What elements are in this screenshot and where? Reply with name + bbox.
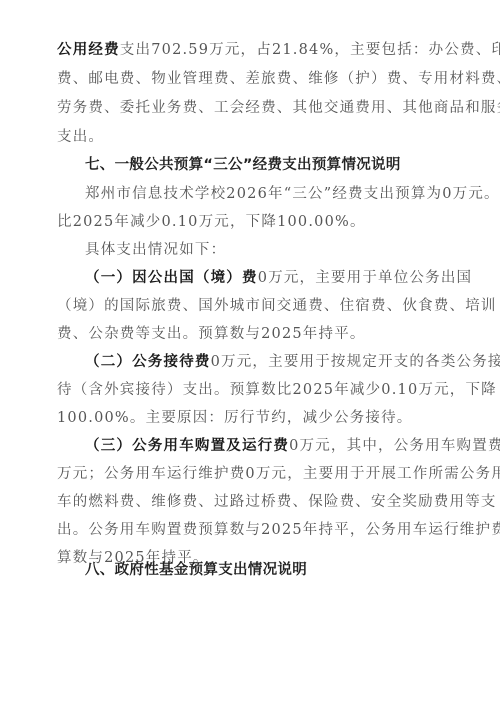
- paragraph-line: （一）因公出国（境）费0万元，主要用于单位公务出国: [85, 268, 449, 288]
- paragraph-line: 费、邮电费、物业管理费、差旅费、维修（护）费、专用材料费、: [57, 69, 449, 89]
- bold-term: （一）因公出国（境）费: [85, 269, 258, 286]
- paragraph-line: 劳务费、委托业务费、工会经费、其他交通费用、其他商品和服务: [57, 98, 449, 118]
- paragraph-line: 出。公务用车购置费预算数与2025年持平，公务用车运行维护费预: [57, 520, 449, 540]
- paragraph-line: 支出。: [57, 127, 449, 147]
- bold-term: 公用经费: [57, 41, 120, 58]
- paragraph-line: 比2025年减少0.10万元，下降100.00%。: [57, 212, 449, 232]
- paragraph-line: （境）的国际旅费、国外城市间交通费、住宿费、伙食费、培训: [57, 296, 449, 316]
- paragraph-line: （三）公务用车购置及运行费0万元，其中，公务用车购置费0: [85, 436, 449, 456]
- paragraph-line: 公用经费支出702.59万元，占21.84%，主要包括：办公费、印刷: [57, 40, 449, 60]
- paragraph-line: 待（含外宾接待）支出。预算数比2025年减少0.10万元，下降: [57, 380, 449, 400]
- paragraph-line: 万元；公务用车运行维护费0万元，主要用于开展工作所需公务用: [57, 464, 449, 484]
- bold-term: （三）公务用车购置及运行费: [85, 437, 289, 454]
- document-page: 公用经费支出702.59万元，占21.84%，主要包括：办公费、印刷 费、邮电费…: [0, 0, 500, 708]
- paragraph-line: 100.00%。主要原因：厉行节约，减少公务接待。: [57, 408, 449, 428]
- paragraph-line: 车的燃料费、维修费、过路过桥费、保险费、安全奖励费用等支: [57, 492, 449, 512]
- paragraph-line: 费、公杂费等支出。预算数与2025年持平。: [57, 324, 449, 344]
- paragraph-line: （二）公务接待费0万元，主要用于按规定开支的各类公务接: [85, 352, 449, 372]
- paragraph-line: 郑州市信息技术学校2026年“三公”经费支出预算为0万元。: [85, 184, 449, 204]
- paragraph-line: 具体支出情况如下：: [85, 240, 449, 260]
- bold-term: （二）公务接待费: [85, 353, 211, 370]
- section-heading-8: 八、政府性基金预算支出情况说明: [85, 560, 449, 580]
- section-heading-7: 七、一般公共预算“三公”经费支出预算情况说明: [85, 155, 449, 175]
